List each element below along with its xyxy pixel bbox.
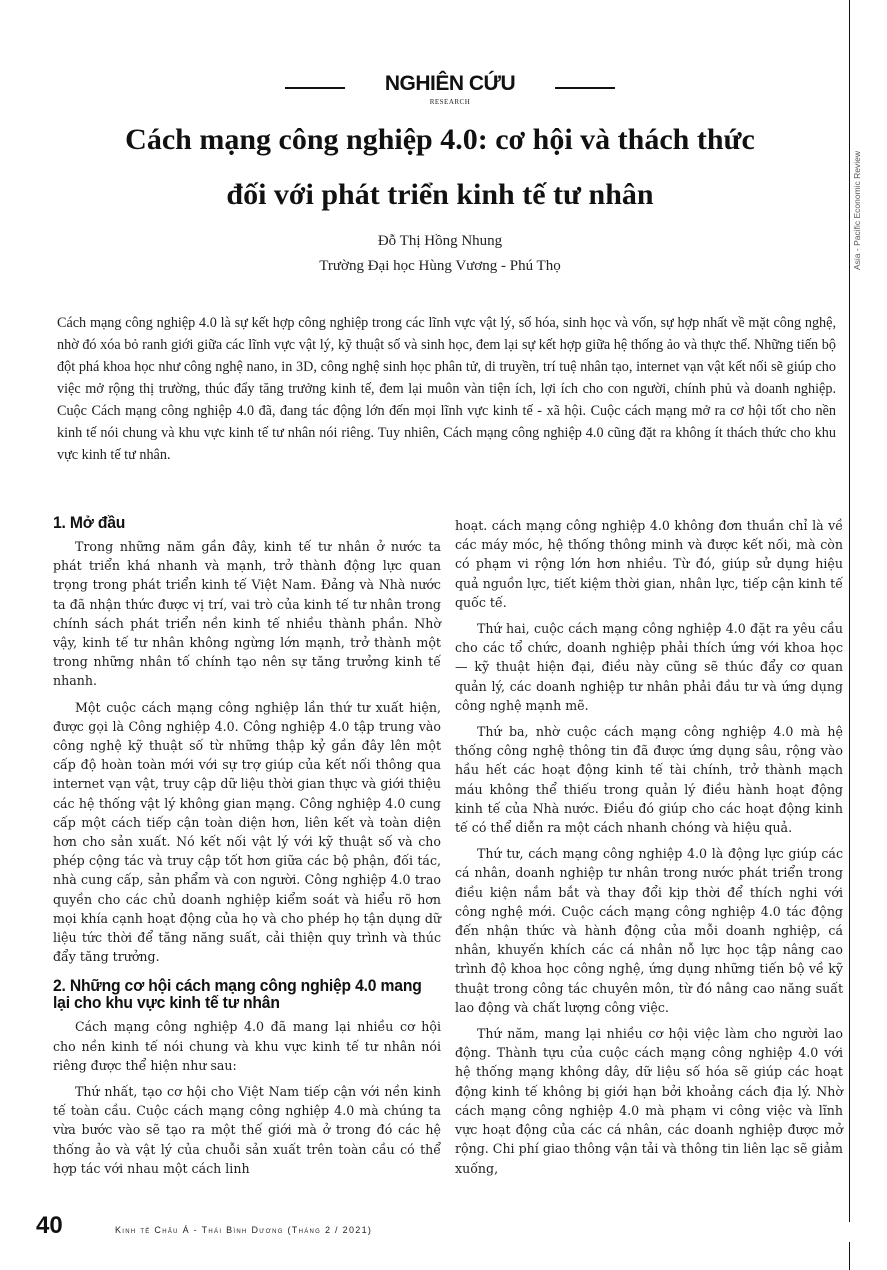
section-label: NGHIÊN CỨU	[285, 72, 615, 96]
paragraph: Thứ ba, nhờ cuộc cách mạng công nghiệp 4…	[455, 722, 843, 837]
side-journal-label: Asia - Pacific Economic Review	[852, 100, 882, 270]
section-sublabel: RESEARCH	[285, 98, 615, 106]
footer-journal-info: Kinh tế Châu Á - Thái Bình Dương (Tháng …	[115, 1225, 372, 1235]
paragraph: Thứ hai, cuộc cách mạng công nghiệp 4.0 …	[455, 619, 843, 715]
author-affiliation: Trường Đại học Hùng Vương - Phú Thọ	[60, 258, 820, 275]
right-margin-rule	[849, 0, 850, 1270]
title-line-1: Cách mạng công nghiệp 4.0: cơ hội và thá…	[60, 112, 820, 167]
page-number: 40	[36, 1212, 63, 1240]
right-column: hoạt. cách mạng công nghiệp 4.0 không đơ…	[455, 516, 843, 1185]
section-header: NGHIÊN CỨU RESEARCH	[285, 70, 615, 110]
left-column: 1. Mở đầu Trong những năm gần đây, kinh …	[53, 515, 441, 1185]
paragraph: Thứ năm, mang lại nhiều cơ hội việc làm …	[455, 1024, 843, 1178]
paragraph: Thứ nhất, tạo cơ hội cho Việt Nam tiếp c…	[53, 1082, 441, 1178]
author-name: Đỗ Thị Hồng Nhung	[60, 233, 820, 250]
paragraph: Trong những năm gần đây, kinh tế tư nhân…	[53, 537, 441, 691]
heading-introduction: 1. Mở đầu	[53, 515, 422, 532]
title-line-2: đối với phát triển kinh tế tư nhân	[60, 167, 820, 222]
heading-opportunities: 2. Những cơ hội cách mạng công nghiệp 4.…	[53, 978, 422, 1012]
paragraph: Một cuộc cách mạng công nghiệp lần thứ t…	[53, 698, 441, 967]
paragraph: Cách mạng công nghiệp 4.0 đã mang lại nh…	[53, 1017, 441, 1075]
rule-gap	[849, 1222, 851, 1242]
article-title: Cách mạng công nghiệp 4.0: cơ hội và thá…	[60, 112, 820, 222]
paragraph: Thứ tư, cách mạng công nghiệp 4.0 là độn…	[455, 844, 843, 1017]
abstract: Cách mạng công nghiệp 4.0 là sự kết hợp …	[57, 312, 836, 466]
paragraph: hoạt. cách mạng công nghiệp 4.0 không đơ…	[455, 516, 843, 612]
